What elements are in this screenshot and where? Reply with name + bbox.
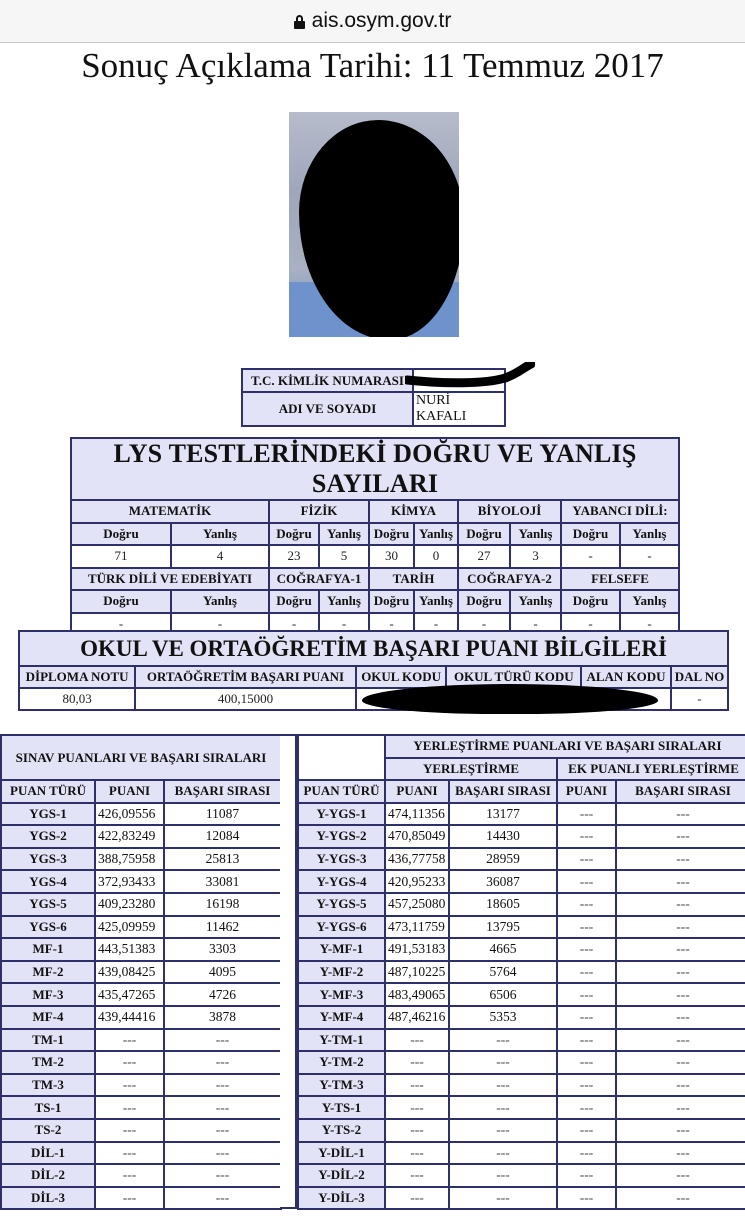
correct-count: - (561, 545, 620, 568)
table-row: Y-YGS-2470,8504914430------ (298, 825, 745, 848)
subject-header: COĞRAFYA-2 (458, 568, 561, 591)
wrong-label: Yanlış (171, 590, 269, 613)
score-type: TS-1 (1, 1096, 95, 1119)
placement-score: --- (385, 1096, 449, 1119)
wrong-count: - (620, 545, 679, 568)
score-type: Y-YGS-4 (298, 870, 385, 893)
table-row: ADI VE SOYADI NURİ KAFALI (242, 392, 505, 426)
table-row: Y-MF-3483,490656506------ (298, 983, 745, 1006)
wrong-label: Yanlış (414, 523, 458, 546)
table-row: Y-TM-3------------ (298, 1074, 745, 1097)
placement-score: 487,46216 (385, 1006, 449, 1029)
subject-header: TÜRK DİLİ VE EDEBİYATI (71, 568, 269, 591)
placement-rank: --- (449, 1119, 557, 1142)
school-info-header: OKUL KODU (356, 666, 447, 688)
placement-score: 487,10225 (385, 961, 449, 984)
score-type: YGS-4 (1, 870, 95, 893)
placement-score: --- (385, 1119, 449, 1142)
table-row: TS-2------ (1, 1119, 281, 1142)
placement-rank: 5353 (449, 1006, 557, 1029)
table-row: Y-MF-2487,102255764------ (298, 961, 745, 984)
column-header: PUANI (557, 780, 616, 803)
placement-score: --- (385, 1142, 449, 1165)
bonus-score: --- (557, 803, 616, 826)
bonus-placement-group-header: EK PUANLI YERLEŞTİRME (557, 758, 745, 781)
wrong-label: Yanlış (171, 523, 269, 546)
rank-value: --- (164, 1187, 281, 1210)
score-value: 439,44416 (95, 1006, 164, 1029)
score-type: Y-TM-2 (298, 1051, 385, 1074)
rank-value: --- (164, 1074, 281, 1097)
score-type: Y-YGS-3 (298, 848, 385, 871)
bonus-rank: --- (616, 1142, 745, 1165)
bonus-score: --- (557, 1074, 616, 1097)
rank-value: 16198 (164, 893, 281, 916)
bonus-rank: --- (616, 1119, 745, 1142)
bonus-rank: --- (616, 1096, 745, 1119)
correct-label: Doğru (458, 523, 510, 546)
subject-header: YABANCI DİLİ: (561, 500, 679, 523)
score-type: YGS-5 (1, 893, 95, 916)
wrong-label: Yanlış (620, 523, 679, 546)
url-text[interactable]: ais.osym.gov.tr (312, 9, 452, 33)
score-type: MF-1 (1, 938, 95, 961)
table-row: Y-MF-4487,462165353------ (298, 1006, 745, 1029)
rank-value: 4726 (164, 983, 281, 1006)
rank-value: 25813 (164, 848, 281, 871)
table-row: Y-TM-1------------ (298, 1029, 745, 1052)
placement-score: --- (385, 1051, 449, 1074)
bonus-score: --- (557, 1164, 616, 1187)
lock-icon (294, 15, 305, 29)
rank-value: --- (164, 1096, 281, 1119)
score-value: --- (95, 1051, 164, 1074)
column-header: PUAN TÜRÜ (1, 780, 95, 803)
bonus-rank: --- (616, 1164, 745, 1187)
table-row: YGS-5409,2328016198 (1, 893, 281, 916)
school-info-header: ORTAÖĞRETİM BAŞARI PUANI (135, 666, 356, 688)
table-row: Y-TS-2------------ (298, 1119, 745, 1142)
school-info-header: DİPLOMA NOTU (19, 666, 135, 688)
score-value: --- (95, 1164, 164, 1187)
placement-score: 483,49065 (385, 983, 449, 1006)
score-type: Y-TS-1 (298, 1096, 385, 1119)
table-row: MF-3435,472654726 (1, 983, 281, 1006)
table-row: Y-DİL-2------------ (298, 1164, 745, 1187)
score-value: --- (95, 1119, 164, 1142)
score-value: 443,51383 (95, 938, 164, 961)
bonus-rank: --- (616, 1051, 745, 1074)
table-row: MF-4439,444163878 (1, 1006, 281, 1029)
placement-score: --- (385, 1074, 449, 1097)
correct-label: Doğru (71, 590, 171, 613)
table-row: YGS-4372,9343333081 (1, 870, 281, 893)
column-header: BAŞARI SIRASI (449, 780, 557, 803)
score-value: 426,09556 (95, 803, 164, 826)
bonus-rank: --- (616, 983, 745, 1006)
score-value: 388,75958 (95, 848, 164, 871)
score-type: MF-4 (1, 1006, 95, 1029)
bonus-score: --- (557, 1051, 616, 1074)
column-header: BAŞARI SIRASI (616, 780, 745, 803)
bonus-rank: --- (616, 916, 745, 939)
score-value: 439,08425 (95, 961, 164, 984)
placement-score: --- (385, 1187, 449, 1210)
table-row: DİL-2------ (1, 1164, 281, 1187)
score-type: DİL-1 (1, 1142, 95, 1165)
correct-label: Doğru (561, 523, 620, 546)
table-row: Y-YGS-3436,7775828959------ (298, 848, 745, 871)
placement-rank: --- (449, 1051, 557, 1074)
wrong-label: Yanlış (414, 590, 458, 613)
subject-header: FELSEFE (561, 568, 679, 591)
table-row: TM-3------ (1, 1074, 281, 1097)
score-type: Y-DİL-3 (298, 1187, 385, 1210)
school-info-value: 80,03 (19, 688, 135, 710)
score-type: YGS-6 (1, 916, 95, 939)
bonus-rank: --- (616, 1029, 745, 1052)
placement-rank: 13795 (449, 916, 557, 939)
score-type: TM-3 (1, 1074, 95, 1097)
table-row: DİL-1------ (1, 1142, 281, 1165)
page-title: Sonuç Açıklama Tarihi: 11 Temmuz 2017 (0, 46, 745, 86)
placement-score: 470,85049 (385, 825, 449, 848)
score-type: YGS-1 (1, 803, 95, 826)
bonus-score: --- (557, 916, 616, 939)
bonus-rank: --- (616, 825, 745, 848)
placement-rank: 18605 (449, 893, 557, 916)
rank-value: --- (164, 1142, 281, 1165)
bonus-score: --- (557, 825, 616, 848)
bonus-score: --- (557, 983, 616, 1006)
score-type: TS-2 (1, 1119, 95, 1142)
correct-label: Doğru (269, 590, 319, 613)
table-row: Y-TS-1------------ (298, 1096, 745, 1119)
subject-header: BİYOLOJİ (458, 500, 561, 523)
exam-scores-table: SINAV PUANLARI VE BAŞARI SIRALARI PUAN T… (0, 734, 282, 1210)
score-value: --- (95, 1187, 164, 1210)
table-row: DİL-3------ (1, 1187, 281, 1210)
score-type: MF-2 (1, 961, 95, 984)
tc-label: T.C. KİMLİK NUMARASI (242, 369, 413, 392)
score-value: --- (95, 1096, 164, 1119)
rank-value: --- (164, 1164, 281, 1187)
table-row: Y-YGS-6473,1175913795------ (298, 916, 745, 939)
correct-label: Doğru (369, 523, 414, 546)
exam-scores-title: SINAV PUANLARI VE BAŞARI SIRALARI (1, 735, 281, 780)
correct-count: 71 (71, 545, 171, 568)
placement-rank: 28959 (449, 848, 557, 871)
placement-rank: --- (449, 1096, 557, 1119)
correct-label: Doğru (369, 590, 414, 613)
bonus-score: --- (557, 870, 616, 893)
bonus-score: --- (557, 938, 616, 961)
school-info-header: ALAN KODU (581, 666, 671, 688)
score-type: TM-2 (1, 1051, 95, 1074)
column-header: PUAN TÜRÜ (298, 780, 385, 803)
wrong-label: Yanlış (319, 523, 369, 546)
placement-rank: 4665 (449, 938, 557, 961)
correct-label: Doğru (458, 590, 510, 613)
table-row: TM-2------ (1, 1051, 281, 1074)
score-value: --- (95, 1029, 164, 1052)
browser-address-bar[interactable]: ais.osym.gov.tr (0, 0, 745, 43)
rank-value: 3878 (164, 1006, 281, 1029)
rank-value: 11462 (164, 916, 281, 939)
subject-header: FİZİK (269, 500, 369, 523)
score-type: Y-TM-3 (298, 1074, 385, 1097)
placement-rank: --- (449, 1142, 557, 1165)
score-type: Y-YGS-6 (298, 916, 385, 939)
table-row: Y-TM-2------------ (298, 1051, 745, 1074)
blank-header-cell (298, 735, 385, 780)
table-row: YGS-2422,8324912084 (1, 825, 281, 848)
score-type: YGS-2 (1, 825, 95, 848)
placement-rank: 6506 (449, 983, 557, 1006)
score-type: DİL-2 (1, 1164, 95, 1187)
bonus-rank: --- (616, 1187, 745, 1210)
score-type: Y-MF-2 (298, 961, 385, 984)
bonus-rank: --- (616, 848, 745, 871)
bonus-score: --- (557, 848, 616, 871)
table-row: MF-1443,513833303 (1, 938, 281, 961)
bonus-score: --- (557, 1142, 616, 1165)
rank-value: --- (164, 1119, 281, 1142)
name-label: ADI VE SOYADI (242, 392, 413, 426)
placement-rank: 5764 (449, 961, 557, 984)
table-row: Y-DİL-3------------ (298, 1187, 745, 1210)
correct-count: 23 (269, 545, 319, 568)
bonus-score: --- (557, 1029, 616, 1052)
redaction-mark (362, 684, 658, 714)
bonus-score: --- (557, 893, 616, 916)
wrong-label: Yanlış (510, 590, 561, 613)
bonus-rank: --- (616, 803, 745, 826)
correct-label: Doğru (269, 523, 319, 546)
school-info-title: OKUL VE ORTAÖĞRETİM BAŞARI PUANI BİLGİLE… (19, 631, 728, 666)
rank-value: 4095 (164, 961, 281, 984)
table-row: MF-2439,084254095 (1, 961, 281, 984)
score-type: Y-YGS-5 (298, 893, 385, 916)
column-header: PUANI (95, 780, 164, 803)
score-type: Y-YGS-1 (298, 803, 385, 826)
school-info-value: - (671, 688, 728, 710)
bonus-rank: --- (616, 961, 745, 984)
bonus-score: --- (557, 961, 616, 984)
column-header: BAŞARI SIRASI (164, 780, 281, 803)
wrong-label: Yanlış (620, 590, 679, 613)
correct-label: Doğru (561, 590, 620, 613)
placement-score: 491,53183 (385, 938, 449, 961)
placement-score: 420,95233 (385, 870, 449, 893)
column-header: PUANI (385, 780, 449, 803)
correct-count: 30 (369, 545, 414, 568)
rank-value: 11087 (164, 803, 281, 826)
score-type: Y-MF-3 (298, 983, 385, 1006)
score-type: YGS-3 (1, 848, 95, 871)
wrong-label: Yanlış (319, 590, 369, 613)
score-value: 435,47265 (95, 983, 164, 1006)
placement-score: 473,11759 (385, 916, 449, 939)
bonus-rank: --- (616, 870, 745, 893)
subject-header: TARİH (369, 568, 458, 591)
placement-rank: --- (449, 1164, 557, 1187)
rank-value: 3303 (164, 938, 281, 961)
rank-value: --- (164, 1029, 281, 1052)
score-type: DİL-3 (1, 1187, 95, 1210)
table-row: Y-YGS-4420,9523336087------ (298, 870, 745, 893)
score-type: Y-MF-4 (298, 1006, 385, 1029)
rank-value: 33081 (164, 870, 281, 893)
placement-score: --- (385, 1164, 449, 1187)
table-row: Y-YGS-1474,1135613177------ (298, 803, 745, 826)
rank-value: 12084 (164, 825, 281, 848)
bonus-score: --- (557, 1187, 616, 1210)
wrong-count: 0 (414, 545, 458, 568)
wrong-label: Yanlış (510, 523, 561, 546)
score-value: --- (95, 1142, 164, 1165)
table-row: Y-DİL-1------------ (298, 1142, 745, 1165)
wrong-count: 5 (319, 545, 369, 568)
table-row: Y-MF-1491,531834665------ (298, 938, 745, 961)
table-row: YGS-6425,0995911462 (1, 916, 281, 939)
table-row: YGS-1426,0955611087 (1, 803, 281, 826)
bonus-score: --- (557, 1119, 616, 1142)
placement-score: 457,25080 (385, 893, 449, 916)
table-row: Y-YGS-5457,2508018605------ (298, 893, 745, 916)
score-value: 372,93433 (95, 870, 164, 893)
name-value: NURİ KAFALI (413, 392, 505, 426)
placement-group-header: YERLEŞTİRME (385, 758, 557, 781)
rank-value: --- (164, 1051, 281, 1074)
score-type: MF-3 (1, 983, 95, 1006)
placement-score: 436,77758 (385, 848, 449, 871)
subject-header: MATEMATİK (71, 500, 269, 523)
placement-score: 474,11356 (385, 803, 449, 826)
placement-scores-table: YERLEŞTİRME PUANLARI VE BAŞARI SIRALARI … (297, 734, 745, 1210)
score-type: Y-TM-1 (298, 1029, 385, 1052)
subject-header: COĞRAFYA-1 (269, 568, 369, 591)
lys-title: LYS TESTLERİNDEKİ DOĞRU VE YANLIŞ SAYILA… (71, 438, 679, 500)
score-type: Y-DİL-2 (298, 1164, 385, 1187)
placement-rank: --- (449, 1187, 557, 1210)
score-value: --- (95, 1074, 164, 1097)
redaction-mark (405, 362, 535, 392)
table-spacer (280, 734, 297, 1209)
correct-count: 27 (458, 545, 510, 568)
school-info-value: 400,15000 (135, 688, 356, 710)
wrong-count: 3 (510, 545, 561, 568)
table-row: TS-1------ (1, 1096, 281, 1119)
correct-label: Doğru (71, 523, 171, 546)
bonus-rank: --- (616, 1006, 745, 1029)
bonus-score: --- (557, 1096, 616, 1119)
candidate-photo (289, 112, 459, 337)
score-value: 425,09959 (95, 916, 164, 939)
subject-header: KİMYA (369, 500, 458, 523)
score-type: Y-MF-1 (298, 938, 385, 961)
score-type: Y-DİL-1 (298, 1142, 385, 1165)
placement-score: --- (385, 1029, 449, 1052)
score-value: 422,83249 (95, 825, 164, 848)
score-type: TM-1 (1, 1029, 95, 1052)
placement-rank: --- (449, 1074, 557, 1097)
school-info-header: DAL NO (671, 666, 728, 688)
placement-title: YERLEŞTİRME PUANLARI VE BAŞARI SIRALARI (385, 735, 745, 758)
placement-rank: --- (449, 1029, 557, 1052)
placement-rank: 13177 (449, 803, 557, 826)
lys-results-table: LYS TESTLERİNDEKİ DOĞRU VE YANLIŞ SAYILA… (70, 437, 680, 636)
bonus-rank: --- (616, 1074, 745, 1097)
table-row: YGS-3388,7595825813 (1, 848, 281, 871)
placement-rank: 36087 (449, 870, 557, 893)
bonus-rank: --- (616, 938, 745, 961)
placement-rank: 14430 (449, 825, 557, 848)
score-value: 409,23280 (95, 893, 164, 916)
score-type: Y-YGS-2 (298, 825, 385, 848)
wrong-count: 4 (171, 545, 269, 568)
table-row: TM-1------ (1, 1029, 281, 1052)
score-type: Y-TS-2 (298, 1119, 385, 1142)
bonus-rank: --- (616, 893, 745, 916)
bonus-score: --- (557, 1006, 616, 1029)
